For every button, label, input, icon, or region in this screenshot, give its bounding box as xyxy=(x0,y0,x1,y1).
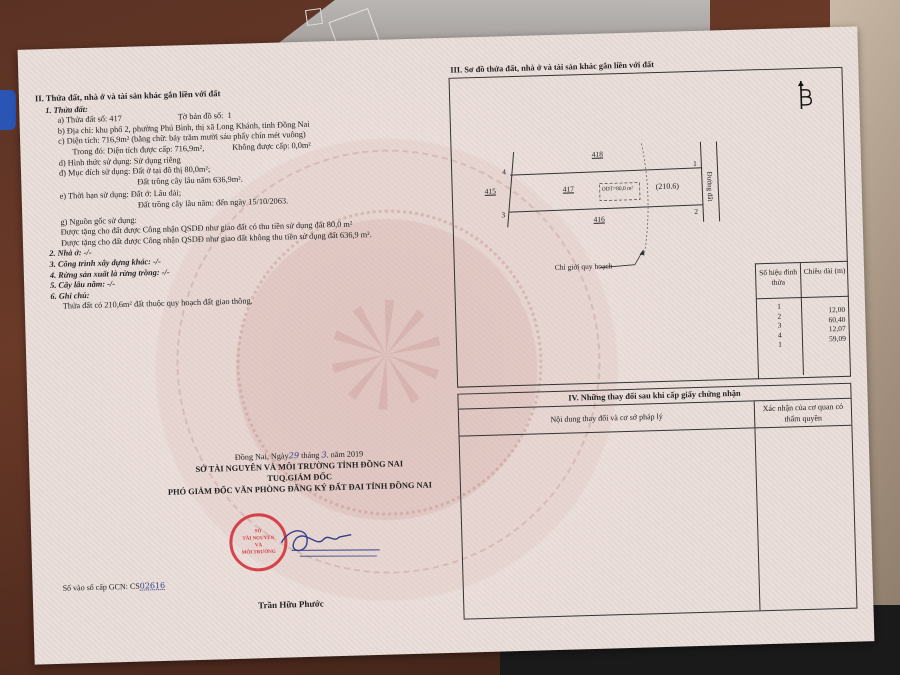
parcel-plan: 418 415 417 ODT=80,0 m² (210.6) 416 Đườn… xyxy=(491,136,735,273)
section-4-changes: IV. Những thay đổi sau khi cấp giấy chứn… xyxy=(457,383,857,620)
day: 29 xyxy=(289,450,300,460)
neighbor-south: 416 xyxy=(593,215,604,224)
parcel-no: 417 xyxy=(109,114,122,125)
sleeve-mark xyxy=(305,8,323,26)
changes-body xyxy=(460,426,857,619)
month-label: tháng xyxy=(301,451,319,461)
change-content-cell xyxy=(460,428,761,618)
vertex-length-table: Số hiệu đỉnh thửa Chiều dài (m) 1 2 3 4 … xyxy=(755,261,851,380)
vertex-1: 1 xyxy=(693,159,697,168)
table-header: Số hiệu đỉnh thửa Chiều dài (m) xyxy=(756,262,849,300)
vertex-3: 3 xyxy=(501,210,505,219)
background-blue-object xyxy=(0,90,16,130)
table-cell: 1 xyxy=(758,339,802,350)
col-length: Chiều dài (m) xyxy=(801,262,849,297)
road-label: Đường đất xyxy=(705,171,714,201)
gcn-register: Số vào sổ cấp GCN: CS02616 xyxy=(63,581,166,593)
col-authority-confirmation: Xác nhận của cơ quan có thẩm quyền xyxy=(755,399,852,428)
place-date-prefix: Đồng Nai, Ngày xyxy=(235,451,289,462)
col-vertex: Số hiệu đỉnh thửa xyxy=(756,263,802,298)
length-column: 12,00 60,40 12,07 59,09 xyxy=(802,297,851,375)
vertex-4: 4 xyxy=(502,167,506,176)
authority-cell xyxy=(755,426,856,611)
section-2: II. Thửa đất, nhà ở và tài sản khác gắn … xyxy=(35,82,441,313)
land-certificate: II. Thửa đất, nhà ở và tài sản khác gắn … xyxy=(18,26,875,664)
handwritten-signature xyxy=(261,518,382,561)
table-cell: 59,09 xyxy=(803,333,846,344)
parcel-diagram: 418 415 417 ODT=80,0 m² (210.6) 416 Đườn… xyxy=(449,67,852,388)
signer-name: Trần Hữu Phước xyxy=(258,599,324,611)
neighbor-north: 418 xyxy=(592,150,603,159)
map-sheet: 1 xyxy=(227,111,231,122)
gcn-label: Số vào sổ cấp GCN: CS xyxy=(63,582,140,593)
odt-label: ODT=80,0 m² xyxy=(602,186,633,193)
north-arrow-icon xyxy=(795,79,814,111)
planning-line-label: Chỉ giới quy hoạch xyxy=(555,261,613,272)
neighbor-west: 415 xyxy=(485,187,496,196)
vertex-column: 1 2 3 4 1 xyxy=(757,298,804,376)
area-not-granted: Không được cấp: 0,0m² xyxy=(232,141,311,154)
year: . năm 2019 xyxy=(326,449,363,459)
table-body: 1 2 3 4 1 12,00 60,40 12,07 59,09 xyxy=(757,297,851,377)
parcel-number: 417 xyxy=(563,184,574,193)
vertex-2: 2 xyxy=(694,207,698,216)
gcn-number: 02616 xyxy=(140,581,166,591)
planned-area: (210.6) xyxy=(656,181,680,191)
